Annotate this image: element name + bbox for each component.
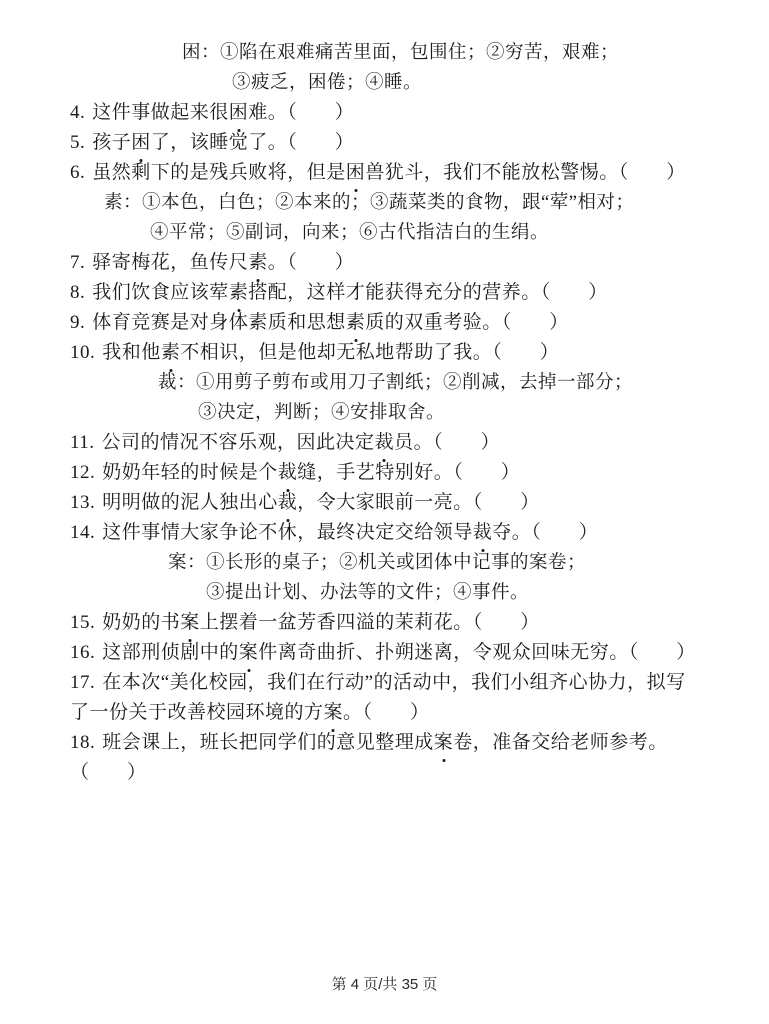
- answer-parentheses: （ ）: [473, 612, 540, 633]
- question-line: 15.奶奶的书案上摆着一盆芳香四溢的茉莉花。（ ）: [70, 608, 704, 638]
- emphasized-character: 案: [324, 698, 344, 728]
- question-text: 奶奶的书: [102, 612, 180, 633]
- question-text: 。: [268, 252, 288, 273]
- definition-line: 裁：①用剪子剪布或用刀子割纸；②削减，去掉一部分；: [158, 368, 704, 398]
- answer-parentheses: （ ）: [70, 762, 146, 783]
- question-line: 6.虽然剩下的是残兵败将，但是困兽犹斗，我们不能放松警惕。（ ）: [70, 158, 704, 188]
- question-number: 16.: [70, 642, 95, 663]
- question-text: ，令大家眼前一亮。: [297, 492, 473, 513]
- question-line: 11.公司的情况不容乐观，因此决定裁员。（ ）: [70, 428, 704, 458]
- question-text: 我和他: [102, 342, 161, 363]
- question-number: 5.: [70, 132, 85, 153]
- answer-parentheses: （ ）: [453, 462, 520, 483]
- question-text: 兽犹斗，我们不能放松警惕。: [365, 162, 619, 183]
- question-text: 了，该睡觉了。: [151, 132, 288, 153]
- definition-line: ③疲乏，困倦；④睡。: [232, 68, 704, 98]
- question-text: 夺。: [492, 522, 531, 543]
- question-text: 体育竞赛是对身体素质和思想: [92, 312, 346, 333]
- question-number: 13.: [70, 492, 95, 513]
- question-text: 奶奶年轻的时候是个: [102, 462, 278, 483]
- question-number: 15.: [70, 612, 95, 633]
- answer-parentheses: （ ）: [629, 642, 696, 663]
- emphasized-character: 素: [229, 278, 249, 308]
- answer-parentheses: （ ）: [433, 432, 500, 453]
- question-line: 7.驿寄梅花，鱼传尺素。（ ）: [70, 248, 704, 278]
- question-text: 我们饮食应该荤: [92, 282, 229, 303]
- question-number: 17.: [70, 672, 95, 693]
- question-number: 4.: [70, 102, 85, 123]
- question-number: 8.: [70, 282, 85, 303]
- question-text: 件离奇曲折、扑朔迷离，令观众回味无穷。: [258, 642, 629, 663]
- definition-line: 困：①陷在艰难痛苦里面，包围住；②穷苦，艰难；: [182, 38, 704, 68]
- answer-parentheses: （ ）: [541, 282, 608, 303]
- question-number: 18.: [70, 732, 95, 753]
- question-number: 14.: [70, 522, 95, 543]
- question-line: 17.在本次“美化校园，我们在行动”的活动中，我们小组齐心协力，拟写了一份关于改…: [70, 668, 704, 728]
- emphasized-character: 素: [161, 338, 181, 368]
- document-body: 困：①陷在艰难痛苦里面，包围住；②穷苦，艰难；③疲乏，困倦；④睡。4.这件事做起…: [70, 38, 704, 788]
- question-line: 12.奶奶年轻的时候是个裁缝，手艺特别好。（ ）: [70, 458, 704, 488]
- question-text: 难。: [248, 102, 287, 123]
- question-text: 员。: [394, 432, 433, 453]
- emphasized-character: 裁: [473, 518, 493, 548]
- question-line: 8.我们饮食应该荤素搭配，这样才能获得充分的营养。（ ）: [70, 278, 704, 308]
- question-text: 班会课上，班长把同学们的意见整理成: [102, 732, 434, 753]
- answer-parentheses: （ ）: [502, 312, 569, 333]
- answer-parentheses: （ ）: [287, 132, 354, 153]
- definition-line: ③提出计划、办法等的文件；④事件。: [206, 578, 704, 608]
- emphasized-character: 困: [229, 98, 249, 128]
- page-number-footer: 第 4 页/共 35 页: [0, 973, 769, 994]
- emphasized-character: 素: [248, 248, 268, 278]
- question-text: 缝，手艺特别好。: [297, 462, 453, 483]
- emphasized-character: 案: [239, 638, 259, 668]
- emphasized-character: 裁: [278, 488, 298, 518]
- answer-parentheses: （ ）: [531, 522, 598, 543]
- question-text: 这件事做起来很: [92, 102, 229, 123]
- question-number: 12.: [70, 462, 95, 483]
- emphasized-character: 裁: [278, 458, 298, 488]
- emphasized-character: 困: [131, 128, 151, 158]
- definition-line: 案：①长形的桌子；②机关或团体中记事的案卷；: [168, 548, 704, 578]
- answer-parentheses: （ ）: [287, 102, 354, 123]
- definition-line: ③决定，判断；④安排取舍。: [198, 398, 704, 428]
- question-text: 卷，准备交给老师参考。: [453, 732, 668, 753]
- question-text: 虽然剩下的是残兵败将，但是: [92, 162, 346, 183]
- question-line: 5.孩子困了，该睡觉了。（ ）: [70, 128, 704, 158]
- emphasized-character: 裁: [375, 428, 395, 458]
- question-number: 9.: [70, 312, 85, 333]
- question-number: 11.: [70, 432, 95, 453]
- question-line: 4.这件事做起来很困难。（ ）: [70, 98, 704, 128]
- question-text: 搭配，这样才能获得充分的营养。: [248, 282, 541, 303]
- answer-parentheses: （ ）: [619, 162, 686, 183]
- emphasized-character: 案: [434, 728, 454, 758]
- question-number: 7.: [70, 252, 85, 273]
- definition-line: 素：①本色，白色；②本来的；③蔬菜类的食物，跟“荤”相对；: [104, 188, 704, 218]
- question-text: 明明做的泥人独出心: [102, 492, 278, 513]
- question-text: 质的双重考验。: [365, 312, 502, 333]
- question-line: 16.这部刑侦剧中的案件离奇曲折、扑朔迷离，令观众回味无穷。（ ）: [70, 638, 704, 668]
- question-line: 13.明明做的泥人独出心裁，令大家眼前一亮。（ ）: [70, 488, 704, 518]
- question-text: 不相识，但是他却无私地帮助了我。: [180, 342, 492, 363]
- definition-line: ④平常；⑤副词，向来；⑥古代指洁白的生绢。: [150, 218, 704, 248]
- question-line: 10.我和他素不相识，但是他却无私地帮助了我。（ ）: [70, 338, 704, 368]
- answer-parentheses: （ ）: [287, 252, 354, 273]
- question-number: 6.: [70, 162, 85, 183]
- emphasized-character: 素: [346, 308, 366, 338]
- question-text: 上摆着一盆芳香四溢的茉莉花。: [200, 612, 473, 633]
- answer-parentheses: （ ）: [492, 342, 559, 363]
- question-text: 孩子: [92, 132, 131, 153]
- emphasized-character: 案: [180, 608, 200, 638]
- question-text: 公司的情况不容乐观，因此决定: [102, 432, 375, 453]
- question-line: 18.班会课上，班长把同学们的意见整理成案卷，准备交给老师参考。（ ）: [70, 728, 704, 788]
- question-number: 10.: [70, 342, 95, 363]
- answer-parentheses: （ ）: [363, 702, 430, 723]
- question-text: 驿寄梅花，鱼传尺: [92, 252, 248, 273]
- question-text: 。: [343, 702, 363, 723]
- question-line: 9.体育竞赛是对身体素质和思想素质的双重考验。（ ）: [70, 308, 704, 338]
- document-page: 困：①陷在艰难痛苦里面，包围住；②穷苦，艰难；③疲乏，困倦；④睡。4.这件事做起…: [0, 0, 769, 1024]
- answer-parentheses: （ ）: [473, 492, 540, 513]
- question-text: 这件事情大家争论不休，最终决定交给领导: [102, 522, 473, 543]
- question-line: 14.这件事情大家争论不休，最终决定交给领导裁夺。（ ）: [70, 518, 704, 548]
- question-text: 这部刑侦剧中的: [102, 642, 239, 663]
- emphasized-character: 困: [346, 158, 366, 188]
